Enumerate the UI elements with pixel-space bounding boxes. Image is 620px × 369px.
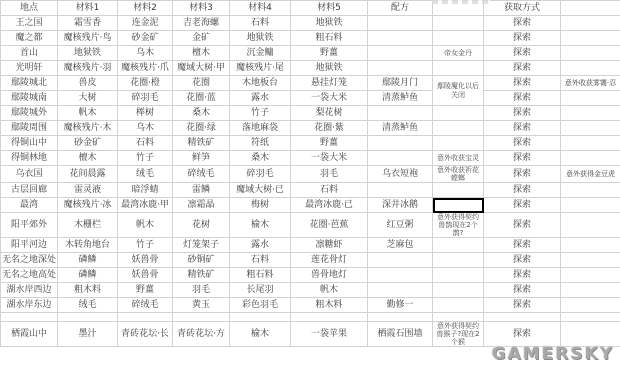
table-cell[interactable]: [368, 16, 433, 31]
table-cell[interactable]: [433, 238, 484, 253]
table-cell[interactable]: 意外获得金豆虎: [561, 166, 620, 183]
table-cell[interactable]: 磷鳞: [58, 253, 118, 268]
table-cell[interactable]: 探索: [484, 31, 561, 46]
table-cell[interactable]: 粗木料: [291, 298, 368, 313]
table-cell[interactable]: 探索: [484, 298, 561, 313]
table-cell[interactable]: 栖霞山中: [1, 322, 58, 347]
crop-artifact: [432, 0, 490, 4]
table-cell[interactable]: 无名之地高处: [1, 268, 58, 283]
table-cell[interactable]: [561, 198, 620, 213]
table-cell[interactable]: 榆木: [230, 213, 291, 238]
table-cell[interactable]: 檀木: [173, 46, 230, 61]
table-cell[interactable]: 精铁矿: [173, 136, 230, 151]
table-cell[interactable]: [561, 268, 620, 283]
table-cell[interactable]: 探索: [484, 76, 561, 91]
table-cell[interactable]: [368, 283, 433, 298]
table-cell[interactable]: 青砖花坛·方: [173, 322, 230, 347]
table-cell[interactable]: 探索: [484, 283, 561, 298]
table-cell[interactable]: 桑木: [230, 151, 291, 166]
table-cell[interactable]: 得铜林地: [1, 151, 58, 166]
table-cell[interactable]: 鄢陵城北: [1, 76, 58, 91]
table-cell[interactable]: 一袋大米: [291, 151, 368, 166]
table-row: 湖水岸东边绒毛碎绒毛黄玉彩色羽毛粗木料勤修一探索: [1, 298, 620, 313]
table-cell[interactable]: 露水: [230, 238, 291, 253]
table-row: 无名之地深处磷鳞妖兽骨砂铜矿石料莲花骨灯探索: [1, 253, 620, 268]
table-cell[interactable]: 乌木: [118, 46, 173, 61]
table-cell[interactable]: [433, 183, 484, 198]
table-cell[interactable]: [433, 268, 484, 283]
table-cell[interactable]: [368, 61, 433, 76]
table-cell[interactable]: [561, 121, 620, 136]
table-row: 鄢陵城外帆木榉树桑木竹子梨花树探索: [1, 106, 620, 121]
table-row: 得铜山中砂金矿石料精铁矿符纸野薑探索: [1, 136, 620, 151]
table-cell[interactable]: 探索: [484, 121, 561, 136]
table-cell[interactable]: 粗石料: [230, 268, 291, 283]
table-cell[interactable]: 魔核残片·羽: [58, 61, 118, 76]
table-cell[interactable]: 竹子: [118, 238, 173, 253]
table-cell[interactable]: 长尾羽: [230, 283, 291, 298]
table-cell[interactable]: 乌木: [118, 121, 173, 136]
table-cell[interactable]: 彩色羽毛: [230, 298, 291, 313]
table-cell[interactable]: [433, 31, 484, 46]
table-cell[interactable]: 乌衣国: [1, 166, 58, 183]
table-cell[interactable]: [368, 253, 433, 268]
table-cell[interactable]: [484, 313, 561, 322]
table-cell[interactable]: 探索: [484, 151, 561, 166]
table-cell[interactable]: 灯笼架子: [173, 238, 230, 253]
table-cell[interactable]: 鄢陵魔化以后关闭: [433, 76, 484, 106]
table-cell[interactable]: 暗浮蜻: [118, 183, 173, 198]
table-cell[interactable]: 探索: [484, 213, 561, 238]
column-header[interactable]: 材料2: [118, 1, 173, 16]
table-cell[interactable]: 鄢陵周围: [1, 121, 58, 136]
table-cell[interactable]: 勤修一: [368, 298, 433, 313]
table-cell[interactable]: [433, 253, 484, 268]
table-cell[interactable]: [58, 313, 118, 322]
table-cell[interactable]: [433, 136, 484, 151]
table-cell[interactable]: [433, 61, 484, 76]
table-cell[interactable]: 魔域大树·甲: [173, 61, 230, 76]
table-cell[interactable]: [368, 46, 433, 61]
table-row: 魔之都魔核残片·鸟砂金矿金矿地狱铁粗石料探索: [1, 31, 620, 46]
table-cell[interactable]: 意外收获祈花螳螂: [433, 166, 484, 183]
table-cell[interactable]: 露水: [230, 91, 291, 106]
table-cell[interactable]: [173, 313, 230, 322]
table-cell[interactable]: 一袋苹果: [291, 322, 368, 347]
table-cell[interactable]: 墨汁: [58, 322, 118, 347]
table-row: 光明轩魔核残片·羽魔核残片·爪魔域大树·甲魔核残片·尾地狱铁探索: [1, 61, 620, 76]
table-cell[interactable]: 悬挂灯笼: [291, 76, 368, 91]
table-row: 古层回廊雷灵液暗浮蜻雷鳞魔域大树·已石料探索: [1, 183, 620, 198]
table-cell[interactable]: 鄢陵月门: [368, 76, 433, 91]
table-cell[interactable]: [561, 283, 620, 298]
table-cell[interactable]: [433, 283, 484, 298]
table-cell[interactable]: [561, 213, 620, 238]
table-cell[interactable]: 红豆粥: [368, 213, 433, 238]
table-cell[interactable]: [433, 298, 484, 313]
table-row: 阳平郊外木栅栏帆木花树榆木花圈·芭蕉红豆粥意外获得契约兽鹊现在2个鹊?探索: [1, 213, 620, 238]
table-cell[interactable]: 意外收获宝灵: [433, 151, 484, 166]
selected-cell[interactable]: [433, 198, 484, 213]
table-cell[interactable]: 绒毛: [58, 298, 118, 313]
table-cell[interactable]: 绒毛: [118, 166, 173, 183]
table-cell[interactable]: 栖霞石围墙: [368, 322, 433, 347]
table-cell[interactable]: 野薑: [291, 136, 368, 151]
table-cell[interactable]: 古层回廊: [1, 183, 58, 198]
table-cell[interactable]: 阳平郊外: [1, 213, 58, 238]
table-cell[interactable]: 帆木: [118, 213, 173, 238]
table-cell[interactable]: 花圈·紫: [291, 121, 368, 136]
table-cell[interactable]: [561, 46, 620, 61]
table-cell[interactable]: 青砖花坛·长: [118, 322, 173, 347]
table-row: 阳平河边木转角地台竹子灯笼架子露水凛糖虾芝麻包探索: [1, 238, 620, 253]
table-cell[interactable]: 地狱铁: [230, 31, 291, 46]
table-cell[interactable]: [368, 136, 433, 151]
table-cell[interactable]: 意外收获雾霭·忍: [561, 76, 620, 91]
table-cell[interactable]: [118, 313, 173, 322]
table-cell[interactable]: [561, 183, 620, 198]
table-cell[interactable]: 探索: [484, 136, 561, 151]
table-cell[interactable]: 探索: [484, 106, 561, 121]
table-row: 得铜林地檀木竹子鲜笋桑木一袋大米意外收获宝灵探索: [1, 151, 620, 166]
table-cell[interactable]: 意外获得契约兽猴子?现在2个猴: [433, 322, 484, 347]
table-cell[interactable]: 探索: [484, 91, 561, 106]
table-cell[interactable]: [291, 313, 368, 322]
table-cell[interactable]: 地狱铁: [291, 61, 368, 76]
table-cell[interactable]: 金矿: [173, 31, 230, 46]
table-cell[interactable]: [561, 106, 620, 121]
table-cell[interactable]: 野薑: [118, 283, 173, 298]
table-cell[interactable]: 魔域大树·已: [230, 183, 291, 198]
table-cell[interactable]: 湖水岸西边: [1, 283, 58, 298]
table-cell[interactable]: [368, 31, 433, 46]
table-cell[interactable]: 魔核残片·鸟: [58, 31, 118, 46]
table-cell[interactable]: [561, 31, 620, 46]
table-cell[interactable]: 魔核残片·爪: [118, 61, 173, 76]
table-cell[interactable]: [561, 298, 620, 313]
table-cell[interactable]: [433, 16, 484, 31]
table-cell[interactable]: [368, 151, 433, 166]
table-cell[interactable]: 帆木: [58, 106, 118, 121]
table-cell[interactable]: 魔核残片·木: [58, 121, 118, 136]
table-cell[interactable]: 清蒸鲈鱼: [368, 91, 433, 106]
table-row: 鄢陵城北兽皮花圈·橙花圈木地板台悬挂灯笼鄢陵月门鄢陵魔化以后关闭探索意外收获雾霭…: [1, 76, 620, 91]
table-cell[interactable]: 最湾: [1, 198, 58, 213]
table-cell[interactable]: 探索: [484, 268, 561, 283]
table-cell[interactable]: 探索: [484, 183, 561, 198]
table-cell[interactable]: 湖水岸东边: [1, 298, 58, 313]
table-cell[interactable]: 石料: [118, 136, 173, 151]
table-cell[interactable]: 雷鳞: [173, 183, 230, 198]
table-cell[interactable]: 石料: [291, 183, 368, 198]
table-cell[interactable]: 魔之都: [1, 31, 58, 46]
table-cell[interactable]: 梅树: [230, 198, 291, 213]
table-row: 无名之地高处磷鳞妖兽骨精铁矿粗石料兽骨地灯探索: [1, 268, 620, 283]
table-cell[interactable]: 鲜笋: [173, 151, 230, 166]
table-cell[interactable]: 竹子: [118, 151, 173, 166]
table-cell[interactable]: 粗石料: [291, 31, 368, 46]
table-cell[interactable]: 最湾冰鹿·甲: [118, 198, 173, 213]
gamersky-watermark: GAMERSKY: [492, 344, 614, 364]
table-cell[interactable]: 帝女金丹: [433, 46, 484, 61]
table-cell[interactable]: 地狱铁: [58, 46, 118, 61]
table-cell[interactable]: 探索: [484, 198, 561, 213]
table-cell[interactable]: 探索: [484, 46, 561, 61]
table-row: 王之国霜雪香连金泥吉老海螺石料地狱铁探索: [1, 16, 620, 31]
table-cell[interactable]: 兽皮: [58, 76, 118, 91]
table-cell[interactable]: 木栅栏: [58, 213, 118, 238]
table-cell[interactable]: 榆木: [230, 322, 291, 347]
table-cell[interactable]: 魔核残片·冰: [58, 198, 118, 213]
table-cell[interactable]: 花圈·芭蕉: [291, 213, 368, 238]
table-cell[interactable]: 花圈·橙: [118, 76, 173, 91]
table-cell[interactable]: [561, 313, 620, 322]
table-cell[interactable]: 碎绒毛: [118, 298, 173, 313]
column-header[interactable]: 材料4: [230, 1, 291, 16]
table-cell[interactable]: [561, 16, 620, 31]
table-cell[interactable]: 首山: [1, 46, 58, 61]
header-row: 地点材料1材料2材料3材料4材料5配方获取方式: [1, 1, 620, 16]
table-cell[interactable]: 乌衣短袍: [368, 166, 433, 183]
table-row: 首山地狱铁乌木檀木沉金鳙野薑帝女金丹探索: [1, 46, 620, 61]
table-cell[interactable]: [561, 91, 620, 106]
table-cell[interactable]: 凛霜晶: [173, 198, 230, 213]
table-cell[interactable]: 凛糖虾: [291, 238, 368, 253]
table-cell[interactable]: 阳平河边: [1, 238, 58, 253]
column-header[interactable]: 材料1: [58, 1, 118, 16]
table-cell[interactable]: 深井冰鹅: [368, 198, 433, 213]
table-cell[interactable]: 粗木料: [58, 283, 118, 298]
table-cell[interactable]: 木转角地台: [58, 238, 118, 253]
table-row: [1, 313, 620, 322]
table-cell[interactable]: 得铜山中: [1, 136, 58, 151]
table-cell[interactable]: 檀木: [58, 151, 118, 166]
table-cell[interactable]: 芝麻包: [368, 238, 433, 253]
table-cell[interactable]: 光明轩: [1, 61, 58, 76]
table-cell[interactable]: 最湾冰鹿·已: [291, 198, 368, 213]
table-cell[interactable]: 意外获得契约兽鹊现在2个鹊?: [433, 213, 484, 238]
table-cell[interactable]: 探索: [484, 253, 561, 268]
table-cell[interactable]: [561, 238, 620, 253]
table-cell[interactable]: 花圈·蓝: [173, 91, 230, 106]
table-cell[interactable]: 石料: [230, 253, 291, 268]
column-header[interactable]: 获取方式: [484, 1, 561, 16]
table-cell[interactable]: 地狱铁: [291, 16, 368, 31]
table-row: 乌衣国花间晨露绒毛碎绒毛碎羽毛羽毛乌衣短袍意外收获祈花螳螂探索意外获得金豆虎: [1, 166, 620, 183]
table-cell[interactable]: 莲花骨灯: [291, 253, 368, 268]
table-row: 鄢陵周围魔核残片·木乌木花圈·绿落地麻袋花圈·紫清蒸鲈鱼探索: [1, 121, 620, 136]
table-cell[interactable]: 兽骨地灯: [291, 268, 368, 283]
table-cell[interactable]: 榉树: [118, 106, 173, 121]
table-cell[interactable]: [368, 106, 433, 121]
table-cell[interactable]: 雷灵液: [58, 183, 118, 198]
table-cell[interactable]: 探索: [484, 61, 561, 76]
table-cell[interactable]: [230, 313, 291, 322]
table-cell[interactable]: 碎羽毛: [118, 91, 173, 106]
table-cell[interactable]: 落地麻袋: [230, 121, 291, 136]
table-cell[interactable]: 大树: [58, 91, 118, 106]
table-cell[interactable]: 砂铜矿: [173, 253, 230, 268]
table-cell[interactable]: 砂金矿: [58, 136, 118, 151]
table-cell[interactable]: 一袋大米: [291, 91, 368, 106]
table-cell[interactable]: 木地板台: [230, 76, 291, 91]
table-cell[interactable]: [561, 61, 620, 76]
table-cell[interactable]: [561, 253, 620, 268]
table-cell[interactable]: [433, 106, 484, 121]
table-cell[interactable]: 黄玉: [173, 298, 230, 313]
table-cell[interactable]: 无名之地深处: [1, 253, 58, 268]
table-cell[interactable]: 花树: [173, 213, 230, 238]
table-cell[interactable]: 桑木: [173, 106, 230, 121]
table-cell[interactable]: 磷鳞: [58, 268, 118, 283]
column-header[interactable]: 材料5: [291, 1, 368, 16]
table-cell[interactable]: 鄢陵城南: [1, 91, 58, 106]
table-cell[interactable]: 清蒸鲈鱼: [368, 121, 433, 136]
table-cell[interactable]: 探索: [484, 16, 561, 31]
table-cell[interactable]: 碎羽毛: [230, 166, 291, 183]
table-cell[interactable]: [368, 183, 433, 198]
table-cell[interactable]: [433, 313, 484, 322]
table-cell[interactable]: [561, 151, 620, 166]
table-cell[interactable]: 花间晨露: [58, 166, 118, 183]
table-cell[interactable]: 花圈·绿: [173, 121, 230, 136]
table-cell[interactable]: 梨花树: [291, 106, 368, 121]
table-cell[interactable]: 探索: [484, 166, 561, 183]
table-cell[interactable]: [561, 136, 620, 151]
table-cell[interactable]: 羽毛: [173, 283, 230, 298]
table-cell[interactable]: 鄢陵城外: [1, 106, 58, 121]
table-cell[interactable]: 羽毛: [291, 166, 368, 183]
table-cell[interactable]: 魔核残片·尾: [230, 61, 291, 76]
table-row: 最湾魔核残片·冰最湾冰鹿·甲凛霜晶梅树最湾冰鹿·已深井冰鹅探索: [1, 198, 620, 213]
table-cell[interactable]: 沉金鳙: [230, 46, 291, 61]
table-cell[interactable]: 霜雪香: [58, 16, 118, 31]
table-cell[interactable]: 连金泥: [118, 16, 173, 31]
table-cell[interactable]: 妖兽骨: [118, 268, 173, 283]
column-header[interactable]: [561, 1, 620, 16]
column-header[interactable]: 配方: [368, 1, 433, 16]
table-cell[interactable]: 符纸: [230, 136, 291, 151]
table-cell[interactable]: [368, 268, 433, 283]
table-cell[interactable]: 野薑: [291, 46, 368, 61]
table-cell[interactable]: 石料: [230, 16, 291, 31]
table-cell[interactable]: 王之国: [1, 16, 58, 31]
table-cell[interactable]: 竹子: [230, 106, 291, 121]
table-row: 鄢陵城南大树碎羽毛花圈·蓝露水一袋大米清蒸鲈鱼探索: [1, 91, 620, 106]
table-cell[interactable]: 精铁矿: [173, 268, 230, 283]
table-cell[interactable]: 吉老海螺: [173, 16, 230, 31]
column-header[interactable]: 地点: [1, 1, 58, 16]
table-cell[interactable]: 砂金矿: [118, 31, 173, 46]
spreadsheet: 地点材料1材料2材料3材料4材料5配方获取方式 王之国霜雪香连金泥吉老海螺石料地…: [0, 0, 620, 347]
table-cell[interactable]: 探索: [484, 238, 561, 253]
table-cell[interactable]: 帆木: [291, 283, 368, 298]
table-cell[interactable]: [1, 313, 58, 322]
table-cell[interactable]: [368, 313, 433, 322]
table-cell[interactable]: 碎绒毛: [173, 166, 230, 183]
materials-table: 地点材料1材料2材料3材料4材料5配方获取方式 王之国霜雪香连金泥吉老海螺石料地…: [0, 0, 620, 347]
table-cell[interactable]: 花圈: [173, 76, 230, 91]
table-row: 湖水岸西边粗木料野薑羽毛长尾羽帆木探索: [1, 283, 620, 298]
table-cell[interactable]: 妖兽骨: [118, 253, 173, 268]
column-header[interactable]: 材料3: [173, 1, 230, 16]
table-cell[interactable]: [433, 121, 484, 136]
